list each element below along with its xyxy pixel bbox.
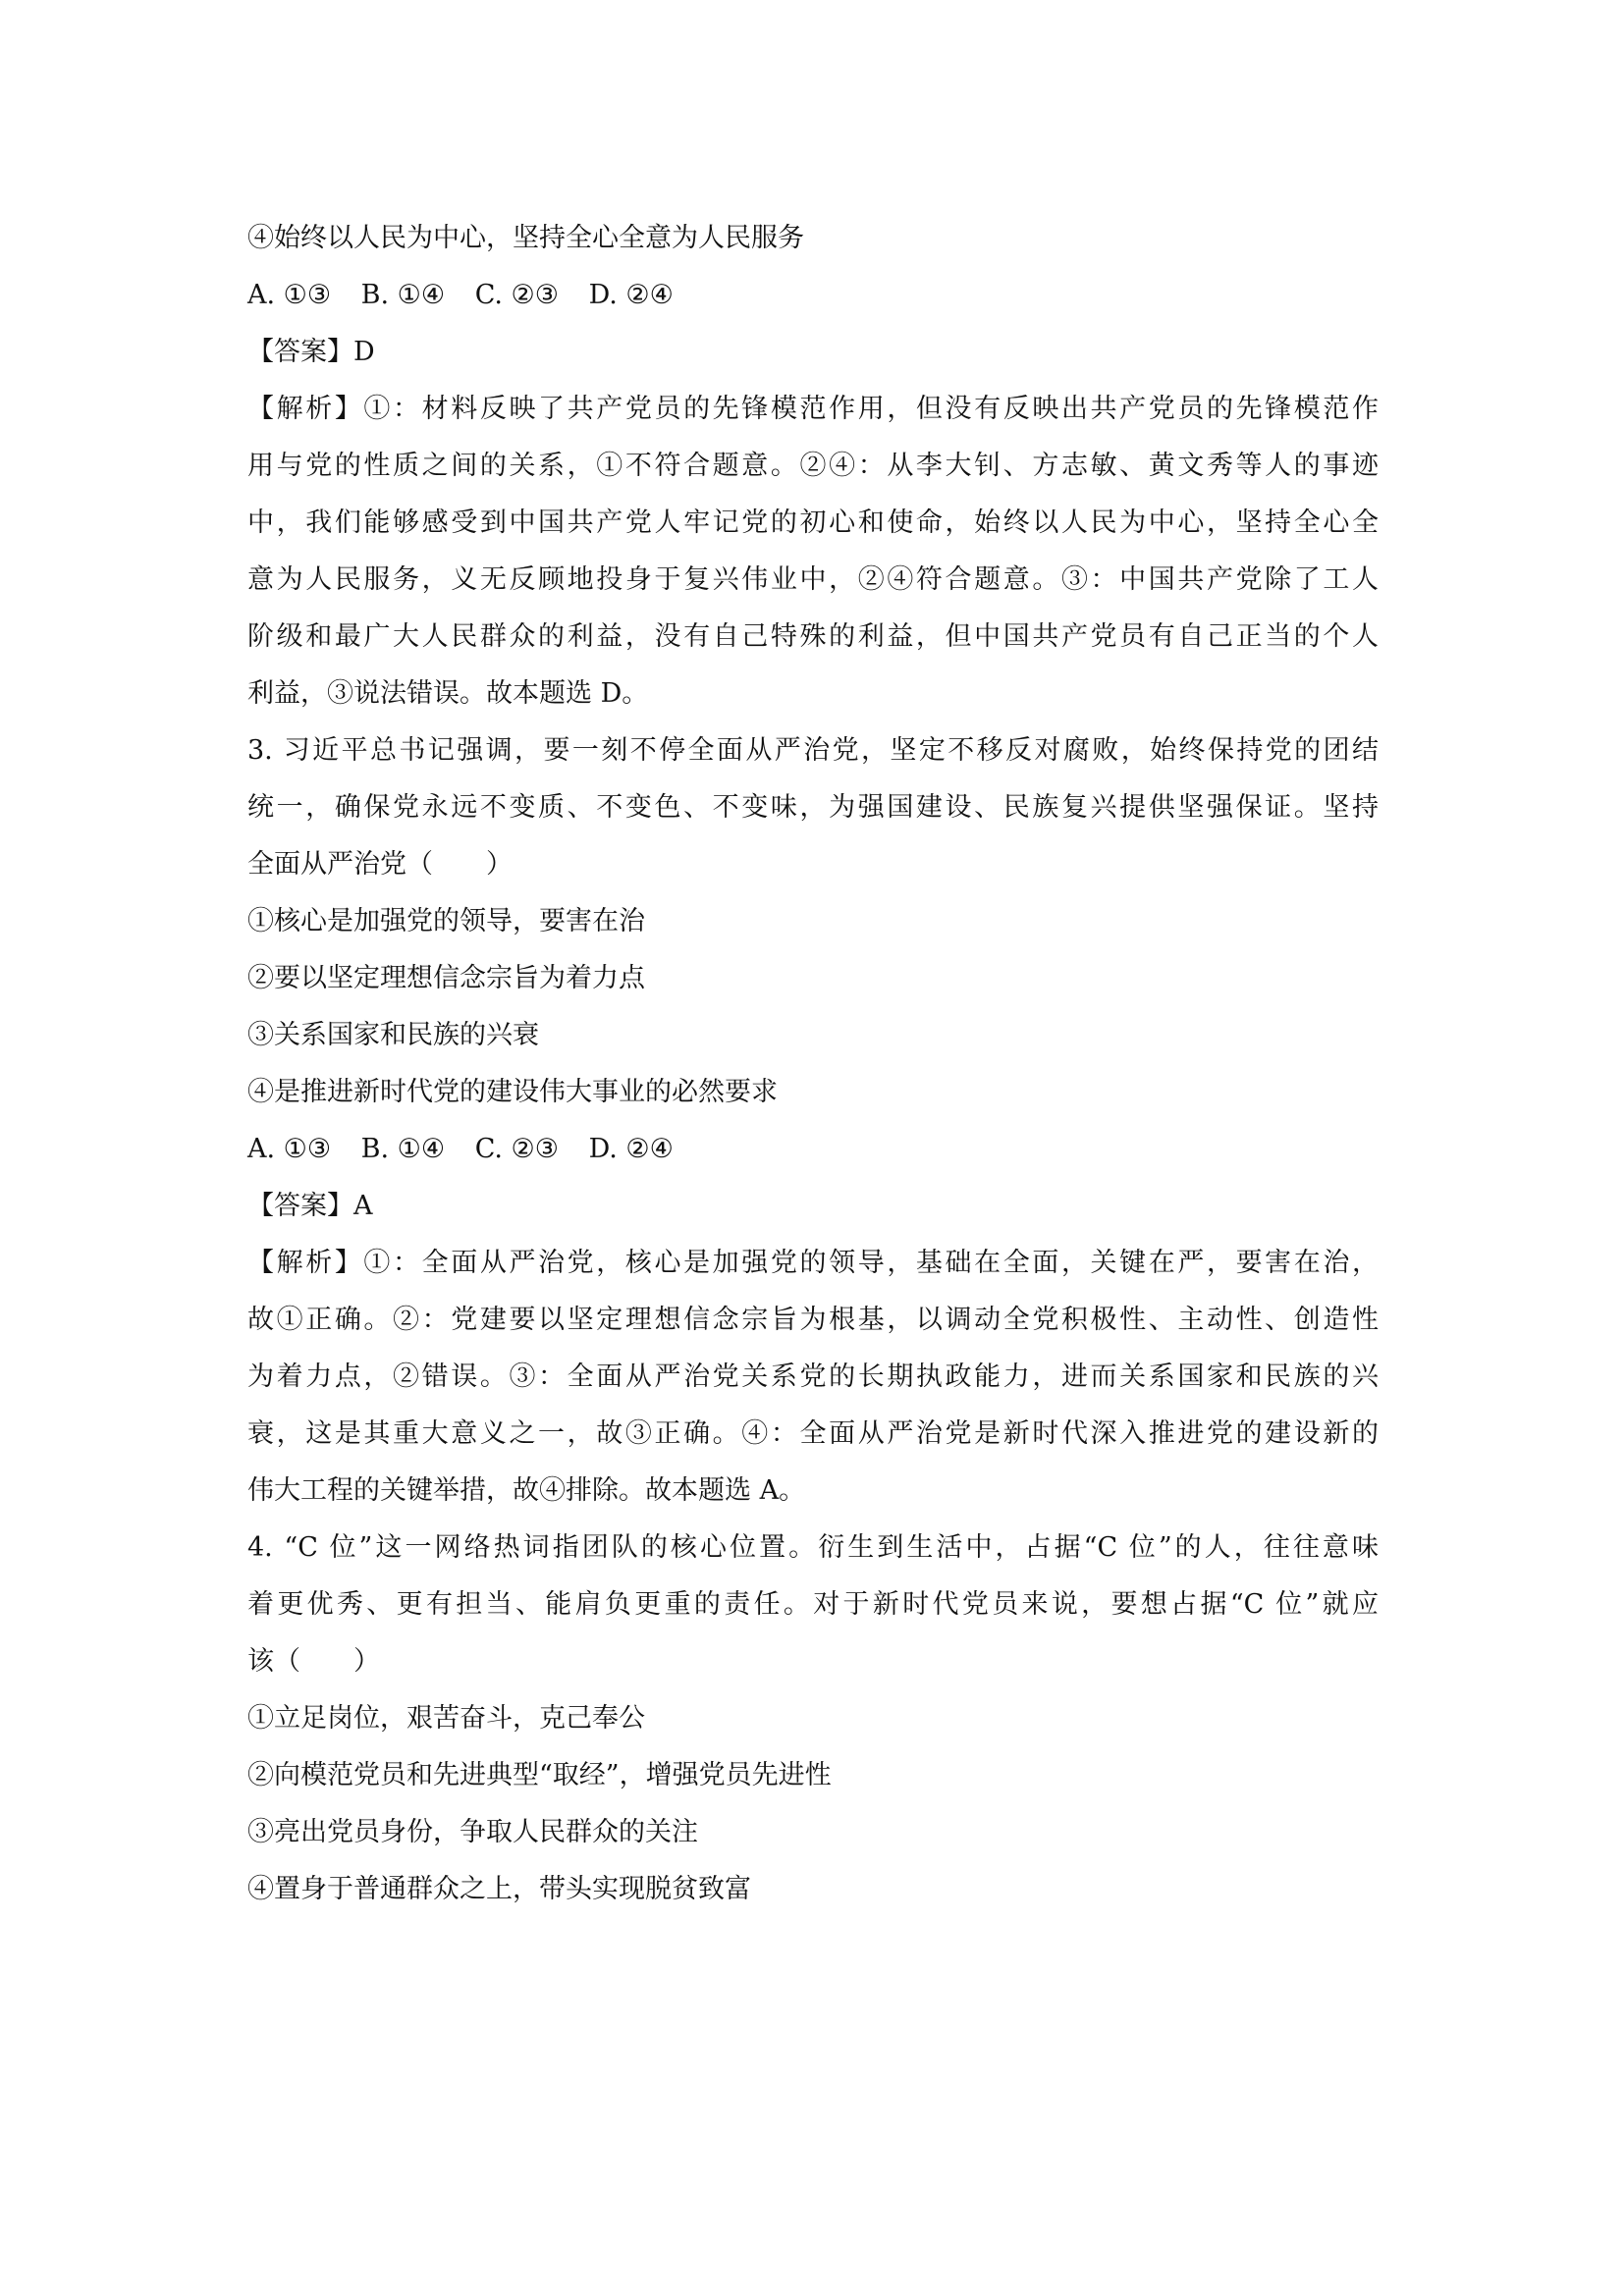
q3-choice-b: B. ①④ bbox=[361, 1130, 445, 1169]
q3-choice-c: C. ②③ bbox=[475, 1130, 559, 1169]
q2-choice-c: C. ②③ bbox=[475, 276, 559, 315]
q2-analysis-line: 意为人民服务，义无反顾地投身于复兴伟业中，②④符合题意。③：中国共产党除了工人 bbox=[247, 561, 1379, 600]
q4-option-2: ②向模范党员和先进典型“取经”，增强党员先进性 bbox=[247, 1756, 832, 1795]
q4-stem-line: 4. “C 位”这一网络热词指团队的核心位置。衍生到生活中，占据“C 位”的人，… bbox=[247, 1528, 1379, 1568]
q3-choice-d: D. ②④ bbox=[589, 1130, 674, 1169]
q3-stem-line: 统一，确保党永远不变质、不变色、不变味，为强国建设、民族复兴提供坚强保证。坚持 bbox=[247, 788, 1379, 828]
q3-stem-line: 全面从严治党（ ） bbox=[247, 845, 513, 884]
q2-analysis-line: 阶级和最广大人民群众的利益，没有自己特殊的利益，但中国共产党员有自己正当的个人 bbox=[247, 617, 1379, 657]
q2-analysis-line: 利益，③说法错误。故本题选 D。 bbox=[247, 674, 648, 714]
q3-answer: 【答案】A bbox=[247, 1187, 373, 1226]
q2-choice-b: B. ①④ bbox=[361, 276, 445, 315]
q2-option-4: ④始终以人民为中心，坚持全心全意为人民服务 bbox=[247, 219, 804, 258]
q3-analysis-line: 故①正确。②：党建要以坚定理想信念宗旨为根基，以调动全党积极性、主动性、创造性 bbox=[247, 1301, 1379, 1340]
q3-option-1: ①核心是加强党的领导，要害在治 bbox=[247, 902, 645, 941]
q4-option-3: ③亮出党员身份，争取人民群众的关注 bbox=[247, 1813, 698, 1852]
q3-option-4: ④是推进新时代党的建设伟大事业的必然要求 bbox=[247, 1073, 778, 1112]
q4-option-1: ①立足岗位，艰苦奋斗，克己奉公 bbox=[247, 1699, 645, 1738]
q4-stem-line: 该（ ） bbox=[247, 1642, 380, 1682]
q3-analysis-line: 衰，这是其重大意义之一，故③正确。④：全面从严治党是新时代深入推进党的建设新的 bbox=[247, 1415, 1379, 1454]
q2-choices: A. ①③ B. ①④ C. ②③ D. ②④ bbox=[247, 276, 695, 315]
q3-option-2: ②要以坚定理想信念宗旨为着力点 bbox=[247, 959, 645, 998]
q2-analysis-line: 用与党的性质之间的关系，①不符合题意。②④：从李大钊、方志敏、黄文秀等人的事迹 bbox=[247, 447, 1379, 486]
q3-analysis-line: 【解析】①：全面从严治党，核心是加强党的领导，基础在全面，关键在严，要害在治， bbox=[247, 1244, 1379, 1283]
q4-stem-line: 着更优秀、更有担当、能肩负更重的责任。对于新时代党员来说，要想占据“C 位”就应 bbox=[247, 1585, 1379, 1625]
q3-analysis-line: 伟大工程的关键举措，故④排除。故本题选 A。 bbox=[247, 1471, 805, 1511]
q2-answer: 【答案】D bbox=[247, 333, 375, 372]
q3-analysis-line: 为着力点，②错误。③：全面从严治党关系党的长期执政能力，进而关系国家和民族的兴 bbox=[247, 1358, 1379, 1397]
q3-choice-a: A. ①③ bbox=[247, 1130, 331, 1169]
q2-choice-a: A. ①③ bbox=[247, 276, 331, 315]
q3-option-3: ③关系国家和民族的兴衰 bbox=[247, 1016, 539, 1055]
q3-stem-line: 3. 习近平总书记强调，要一刻不停全面从严治党，坚定不移反对腐败，始终保持党的团… bbox=[247, 731, 1379, 771]
q2-choice-d: D. ②④ bbox=[589, 276, 674, 315]
q2-analysis-line: 中，我们能够感受到中国共产党人牢记党的初心和使命，始终以人民为中心，坚持全心全 bbox=[247, 504, 1379, 543]
document-page: ④始终以人民为中心，坚持全心全意为人民服务 A. ①③ B. ①④ C. ②③ … bbox=[0, 0, 1624, 2296]
q3-choices: A. ①③ B. ①④ C. ②③ D. ②④ bbox=[247, 1130, 695, 1169]
q2-analysis-line: 【解析】①：材料反映了共产党员的先锋模范作用，但没有反映出共产党员的先锋模范作 bbox=[247, 390, 1379, 429]
q4-option-4: ④置身于普通群众之上，带头实现脱贫致富 bbox=[247, 1870, 751, 1909]
